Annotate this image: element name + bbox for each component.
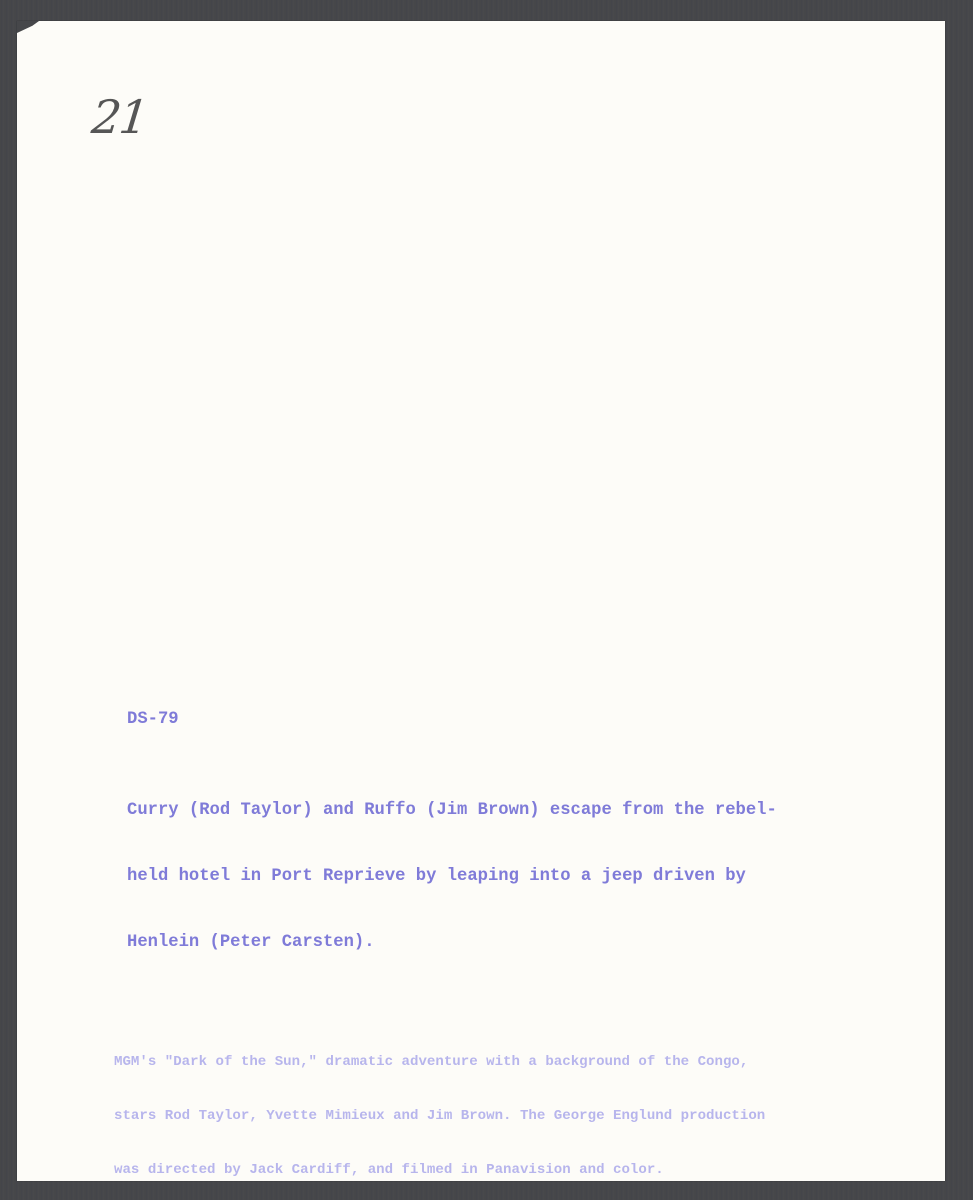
caption-line: held hotel in Port Reprieve by leaping i…: [127, 866, 777, 888]
photo-caption: Curry (Rod Taylor) and Ruffo (Jim Brown)…: [127, 756, 777, 976]
handwritten-page-number: 21: [89, 90, 149, 144]
press-sheet: [17, 21, 945, 1181]
still-code: DS-79: [127, 709, 179, 731]
film-credits-blurb: MGM's "Dark of the Sun," dramatic advent…: [114, 1017, 765, 1197]
caption-line: Henlein (Peter Carsten).: [127, 932, 777, 954]
caption-line: Curry (Rod Taylor) and Ruffo (Jim Brown)…: [127, 800, 777, 822]
credits-line: MGM's "Dark of the Sun," dramatic advent…: [114, 1053, 765, 1071]
credits-line: was directed by Jack Cardiff, and filmed…: [114, 1161, 765, 1179]
credits-line: stars Rod Taylor, Yvette Mimieux and Jim…: [114, 1107, 765, 1125]
